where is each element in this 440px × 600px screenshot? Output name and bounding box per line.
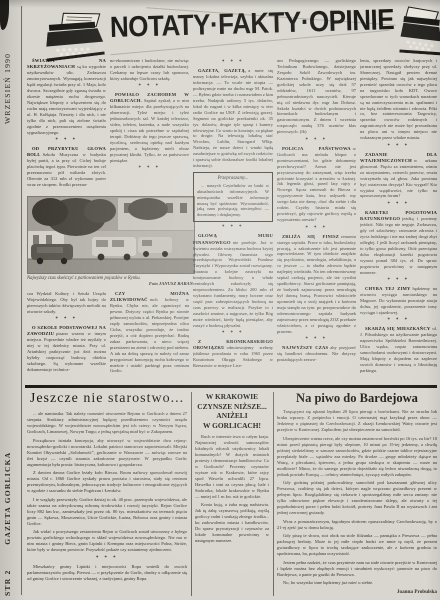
typewriter-icon <box>39 6 110 62</box>
photo-caption-block: Najwyższy czas skończyć z parkowaniem po… <box>27 276 193 286</box>
article-paragraph: Wraz z pomarańczowym, łagodnym słońcem o… <box>277 519 437 531</box>
article-paragraph: Jak widać z powyższego zestawienia Rejon… <box>27 529 187 553</box>
article-body: cza Wydział Kultury i Sztuki Urzędu Woje… <box>27 291 106 314</box>
street-photo-figure: Najwyższy czas skończyć z parkowaniem po… <box>27 196 193 289</box>
article-body: w Gorlicach ma nielada kłopot z pomieszc… <box>277 146 356 222</box>
article-paragraph: Początkowo istniała koncepcja, aby utwor… <box>27 438 187 468</box>
bottom-article-left: Jeszcze nie starostwo... ... ale namiast… <box>27 391 187 598</box>
section-separator: * * * <box>360 202 437 207</box>
article-body: um Pedagogicznego — gorlickiego Techniku… <box>277 58 356 134</box>
section-separator: * * * <box>193 60 273 65</box>
article-headline: GAZETA, GAZETĄ, <box>198 68 246 73</box>
article-body: lenia, sprzedaży owoców krajowych i jarm… <box>360 58 437 140</box>
bottom-article-middle: W KRAKOWIE CZYNSZE NIŻSZE... ANIŻELI W G… <box>195 392 269 597</box>
section-separator: * * * <box>360 318 437 323</box>
article-paragraph: Ubezpieczenie ważna rzecz, ale czy można… <box>277 436 437 478</box>
article-body: Szkoła Muzyczna w budynku byłej partii, … <box>27 152 106 187</box>
article-body: a mnie się marzy lokalna telewizja, szyb… <box>193 68 273 168</box>
column-1-bottom: cza Wydział Kultury i Sztuki Urzędu Woje… <box>27 291 106 384</box>
column-5: lenia, sprzedaży owoców krajowych i jarm… <box>360 58 437 384</box>
article-body: pisano wszem w innym miejscu. Poprzednie… <box>27 331 106 372</box>
article-body: w arkana głosowań. Pięciu za zmienieniem… <box>360 158 437 199</box>
article-body: są ku wygodzie użytkowników ulic. Zwłasz… <box>27 64 106 134</box>
article-paragraph: Ruch w interesie trwa w całym kraju. Naj… <box>195 434 269 500</box>
article-paragraph: Trzęsącymi się rękami lepiłam 20 lipca p… <box>277 409 437 433</box>
article-paragraph: Mieszkańcy gminy Lipinki i miejscowości … <box>27 564 187 582</box>
article-paragraph: Konia kują, a żaba nogę nadstawia. Jak t… <box>195 502 269 544</box>
section-separator: * * * <box>277 138 356 143</box>
apology-title: Przepraszamy... <box>197 176 269 181</box>
section-separator: * * * <box>27 317 106 322</box>
article-body: ruch kołowy w Rynku. Chyba nie, ale ogra… <box>110 297 189 373</box>
spine-page-label: STR 2 GAZETA GORLICKA <box>3 318 12 596</box>
apology-box: Przepraszamy... ... naszych Czytelników … <box>193 172 273 222</box>
column-2-top: no-ekonomiczne i budowlane, nie mówiąc o… <box>110 58 189 195</box>
article-paragraph: Z dawien dawna Gorlice leżały koło Biecz… <box>27 470 187 494</box>
section-separator: * * * <box>27 138 106 143</box>
article-headline: NAJWYŻSZY CZAS <box>282 345 328 350</box>
section-separator: * * * <box>193 331 273 336</box>
article-body: remontu starego szpitala. Prace w toku, … <box>277 234 356 334</box>
article-paragraph: Jestem pełna nadziei, że czas przyniesie… <box>277 560 437 578</box>
street-photo <box>27 196 195 274</box>
column-divider <box>191 392 192 596</box>
article-body: no-ekonomiczne i budowlane, nie mówiąc o… <box>110 58 189 81</box>
column-3: * * * GAZETA, GAZETĄ,a mnie się marzy lo… <box>193 58 273 384</box>
section-separator: * * * <box>193 225 273 230</box>
newspaper-page: WRZESIEŃ 1990 STR 2 GAZETA GORLICKA NOTA… <box>0 0 440 600</box>
article-paragraph: Gdy piszę te słowa, stoi obok na stole f… <box>277 533 437 557</box>
apology-body: ... naszych Czytelników za braki w aktua… <box>197 183 269 218</box>
article-headline: SKARŻĄ SIĘ MIESZKAŃCY <box>365 326 430 331</box>
article-paragraph: Gdy godzinę później parkowaliśmy samochó… <box>277 480 437 516</box>
article-paragraph: ... ale namiastka. Tak należy rozumieć u… <box>27 411 187 435</box>
column-1-top: ŚWIATŁA NA SKRZYŻOWANIACHsą ku wygodzie … <box>27 58 106 195</box>
photo-credit: Foto JANUSZ BARAN <box>27 281 193 286</box>
spine-date: WRZESIEŃ 1990 <box>3 14 12 124</box>
author-signature: Joanna Probulska <box>277 589 437 595</box>
column-2-bottom: CZY MOŻNA ZLIKWIDOWAĆruch kołowy w Rynku… <box>110 291 189 384</box>
section-separator: * * * <box>360 278 437 283</box>
article-paragraph: I te względy przeważyły. Gorlice dzisiaj… <box>27 497 187 527</box>
section-rule <box>25 385 437 388</box>
masthead-title: NOTATY·FAKTY·OPINIE <box>110 2 395 45</box>
spine-rule <box>21 6 22 595</box>
bottom-article-right: Na piwo do Bardejowa Trzęsącymi się ręka… <box>277 391 437 598</box>
section-separator: * * * <box>277 226 356 231</box>
section-separator: * * * <box>110 84 189 89</box>
section-separator: * * * <box>277 337 356 342</box>
masthead: NOTATY·FAKTY·OPINIE <box>26 4 440 56</box>
section-separator: * * * <box>360 144 437 149</box>
section-separator: * * * <box>27 556 187 561</box>
column-4: um Pedagogicznego — gorlickiego Techniku… <box>277 58 356 384</box>
article-headline: CHYBA TEJ ZIMY <box>365 286 411 291</box>
article-paragraph: No, bo wszystko inne będziemy już mieć u… <box>277 580 437 586</box>
article-body: ul. J. Piłsudskiego na użytkowanie parki… <box>360 326 437 373</box>
section-separator: * * * <box>110 166 189 171</box>
typewriter-icon <box>399 5 440 56</box>
article-headline: POLICJA PAŃSTWOWA <box>282 146 351 151</box>
article-headline: ZBLIŻA SIĘ FINISZ <box>282 234 339 239</box>
article-body: Szpital zyskał, a w nim kilkanaście miej… <box>110 98 189 163</box>
article-headline: W KRAKOWIE CZYNSZE NIŻSZE... ANIŻELI W G… <box>195 392 269 431</box>
column-divider <box>273 392 274 596</box>
article-body: nie przebije. Już w kwietniu została wst… <box>193 240 273 328</box>
article-headline: Na piwo do Bardejowa <box>277 391 437 406</box>
article-headline: Jeszcze nie starostwo... <box>27 391 187 407</box>
article-body: jeżdżą i powinny jeździć. Nikt tego nie … <box>360 216 437 275</box>
